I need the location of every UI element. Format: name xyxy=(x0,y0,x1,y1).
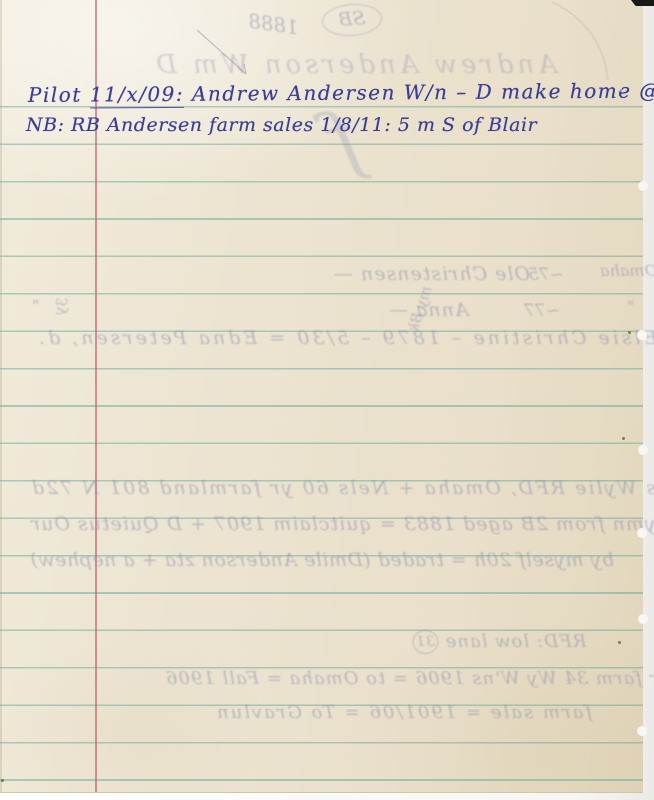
notebook-page: SB 1888 Andrew Anderson Wm D f Ole Chris… xyxy=(0,0,643,793)
binding-notch xyxy=(637,528,647,538)
paper-crease xyxy=(598,8,622,92)
binding-notch xyxy=(638,445,648,455)
scanner-background: SB 1888 Andrew Anderson Wm D f Ole Chris… xyxy=(0,0,654,800)
paper-marks xyxy=(0,0,643,792)
binding-notch xyxy=(638,181,648,191)
binding-notch xyxy=(637,330,647,340)
stitch-hole xyxy=(622,437,625,440)
binding-notch xyxy=(638,614,648,624)
paper-crease xyxy=(552,2,608,80)
pencil-arrow-mark xyxy=(197,30,246,74)
edge-speck xyxy=(1,779,4,782)
binding-notch xyxy=(637,726,647,736)
stitch-hole xyxy=(618,641,621,644)
stitch-hole xyxy=(628,331,631,334)
